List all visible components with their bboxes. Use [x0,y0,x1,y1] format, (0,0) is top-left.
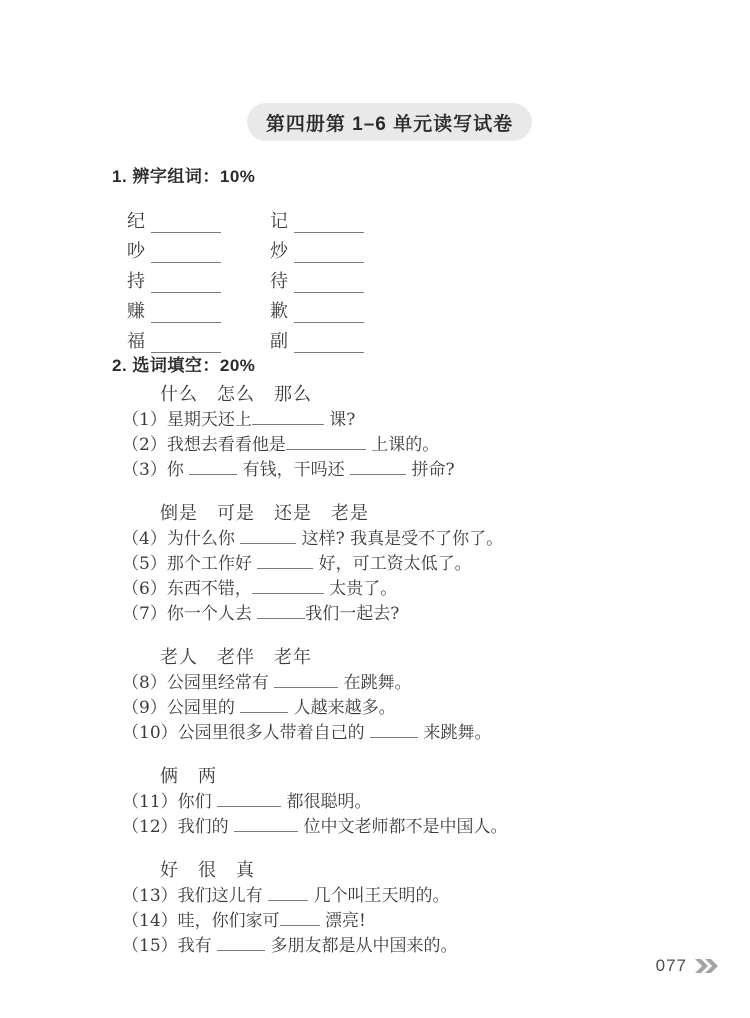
fill-blank-groups: 什么 怎么 那么（1）星期天还上 课?（2）我想去看看他是 上课的。（3）你 有… [112,382,712,959]
character-cell: 福 [127,331,270,353]
blank-line [151,248,221,263]
fill-blank-item: （11）你们 都很聪明。 [122,790,712,815]
word-group: 什么 怎么 那么（1）星期天还上 课?（2）我想去看看他是 上课的。（3）你 有… [112,382,712,483]
blank-line [274,673,338,688]
word-options: 什么 怎么 那么 [160,382,712,408]
character-label: 歉 [270,301,288,323]
fill-blank-item: （9）公园里的 人越来越多。 [122,696,712,721]
character-label: 待 [270,271,288,293]
fill-blank-item: （6）东西不错， 太贵了。 [122,577,712,602]
blank-line [151,308,221,323]
word-options: 好 很 真 [160,858,712,884]
character-cell: 吵 [127,241,270,263]
fill-blank-item: （2）我想去看看他是 上课的。 [122,433,712,458]
character-label: 纪 [127,211,145,233]
fill-blank-item: （1）星期天还上 课? [122,408,712,433]
character-pair-row: 持待 [127,263,672,293]
character-cell: 副 [270,331,413,353]
character-cell: 记 [270,211,413,233]
page-footer: 077 [656,956,718,976]
fill-blank-item: （7）你一个人去 我们一起去? [122,602,712,627]
blank-line [240,529,296,544]
character-cell: 赚 [127,301,270,323]
blank-line [370,723,418,738]
blank-line [151,278,221,293]
character-cell: 歉 [270,301,413,323]
page-title: 第四册第 1–6 单元读写试卷 [266,109,513,136]
title-banner: 第四册第 1–6 单元读写试卷 [247,103,532,141]
blank-line [252,410,324,425]
fill-blank-item: （5）那个工作好 好，可工资太低了。 [122,552,712,577]
character-pair-row: 吵炒 [127,233,672,263]
fill-blank-item: （14）哇，你们家可 漂亮! [122,909,712,934]
fill-blank-item: （4）为什么你 这样? 我真是受不了你了。 [122,527,712,552]
fill-blank-item: （13）我们这儿有 几个叫王天明的。 [122,884,712,909]
blank-line [268,886,308,901]
character-label: 持 [127,271,145,293]
section-character-words: 1. 辨字组词：10% 纪记吵炒持待赚歉福副 [112,162,672,353]
blank-line [217,936,265,951]
test-paper-page: 第四册第 1–6 单元读写试卷 1. 辨字组词：10% 纪记吵炒持待赚歉福副 2… [0,0,750,1018]
fill-blank-item: （12）我们的 位中文老师都不是中国人。 [122,815,712,840]
word-options: 老人 老伴 老年 [160,645,712,671]
fill-blank-item: （15）我有 多朋友都是从中国来的。 [122,934,712,959]
character-label: 记 [270,211,288,233]
character-cell: 持 [127,271,270,293]
blank-line [151,218,221,233]
blank-line [234,817,298,832]
word-group: 俩 两（11）你们 都很聪明。（12）我们的 位中文老师都不是中国人。 [112,764,712,840]
word-options: 俩 两 [160,764,712,790]
blank-line [280,911,320,926]
character-label: 副 [270,331,288,353]
character-label: 炒 [270,241,288,263]
word-group: 老人 老伴 老年（8）公园里经常有 在跳舞。（9）公园里的 人越来越多。（10）… [112,645,712,746]
blank-line [257,554,313,569]
blank-line [217,792,281,807]
section1-heading: 1. 辨字组词：10% [112,162,672,187]
blank-line [189,460,237,475]
blank-line [294,218,364,233]
word-group: 好 很 真（13）我们这儿有 几个叫王天明的。（14）哇，你们家可 漂亮!（15… [112,858,712,959]
character-pair-row: 福副 [127,323,672,353]
blank-line [350,460,406,475]
character-cell: 炒 [270,241,413,263]
fill-blank-item: （10）公园里很多人带着自己的 来跳舞。 [122,721,712,746]
blank-line [257,604,305,619]
blank-line [252,579,324,594]
character-label: 吵 [127,241,145,263]
character-pair-row: 纪记 [127,203,672,233]
fill-blank-item: （8）公园里经常有 在跳舞。 [122,671,712,696]
character-label: 福 [127,331,145,353]
section2-heading: 2. 选词填空：20% [112,351,712,376]
word-options: 倒是 可是 还是 老是 [160,501,712,527]
blank-line [286,435,366,450]
character-pair-row: 赚歉 [127,293,672,323]
character-pair-grid: 纪记吵炒持待赚歉福副 [127,203,672,353]
blank-line [294,278,364,293]
chevron-right-icon [695,959,708,973]
character-cell: 纪 [127,211,270,233]
character-cell: 待 [270,271,413,293]
blank-line [294,248,364,263]
page-number: 077 [656,956,687,976]
blank-line [240,698,288,713]
section-fill-blanks: 2. 选词填空：20% 什么 怎么 那么（1）星期天还上 课?（2）我想去看看他… [112,351,712,959]
blank-line [294,308,364,323]
fill-blank-item: （3）你 有钱，干吗还 拼命? [122,458,712,483]
double-chevron-icon [695,959,718,973]
word-group: 倒是 可是 还是 老是（4）为什么你 这样? 我真是受不了你了。（5）那个工作好… [112,501,712,627]
character-label: 赚 [127,301,145,323]
